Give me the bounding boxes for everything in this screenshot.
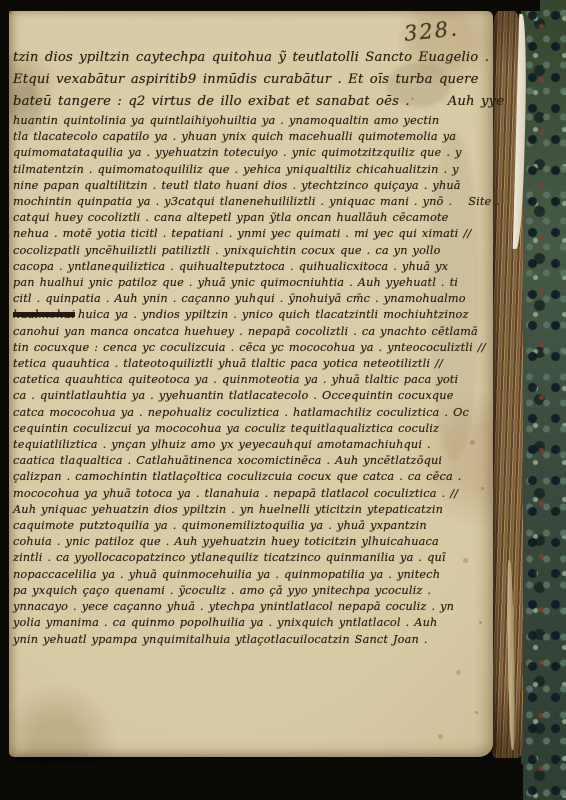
text-line: tetica quauhtica . tlateotoquiliztli yhu… [13,356,475,372]
text-line: catqui huey cocoliztli . cana altepetl y… [13,210,475,226]
text-line: pa yxquich çaço quenami . ỹcoculiz . amo… [13,583,475,599]
manuscript-text-block: tzin dios ypiltzin caytechpa quitohua ỹ … [13,47,475,648]
manuscript-page: 328. tzin dios ypiltzin caytechpa quitoh… [9,11,493,757]
text-line: tilmatentzin . quimomatoquililiz que . y… [13,162,475,178]
text-line: yolia ymanima . ca quinmo popolhuilia ya… [13,615,475,631]
text-line: nehua . motē yotia ticitl . tepatiani . … [13,226,475,242]
text-line: tla tlacatecolo capatilo ya . yhuan ynix… [13,129,475,145]
text-line-latin: bateū tangere : q2 virtus de illo exibat… [13,91,475,113]
text-line: huantin quintolinia ya quintlaihiyohuilt… [13,113,475,129]
text-line: ynnacayo . yece caçanno yhuā . ytechpa y… [13,599,475,615]
foxing-spots [9,11,12,14]
text-line: tin cocuxque : cenca yc coculizcuia . cē… [13,340,475,356]
text-line: catetica quauhtica quiteotoca ya . quinm… [13,372,475,388]
text-line: nopaccacelilia ya . yhuā quinmocehuilia … [13,567,475,583]
text-line: canohui yan manca oncatca huehuey . nepa… [13,324,475,340]
text-line-latin: Etqui vexabātur aspiritib9 inmūdis curab… [13,69,475,91]
text-line-body: huica ya . yndios ypiltzin . ynico quich… [78,308,469,321]
text-line-body: mochintin quinpatia ya . y3catqui tlanen… [13,195,452,208]
text-line: ynin yehuatl ypampa ynquimitalhuia ytlaç… [13,632,475,648]
text-line: mochintin quinpatia ya . y3catqui tlanen… [13,194,475,210]
text-line: zintli . ca yyollocacopatzinco ytlanequi… [13,550,475,566]
text-line: ca . quintlatlauhtia ya . yyehuantin tla… [13,388,475,404]
text-line: catca mococohua ya . nepohualiz coculizt… [13,405,475,421]
text-line: tequiatliliztica . ynçan ylhuiz amo yx y… [13,437,475,453]
marbled-endpaper [521,0,566,800]
text-line: nine papan qualtilitzin . teutl tlato hu… [13,178,475,194]
struck-out-word: hualmohui [13,308,75,321]
text-line: cocolizpatli yncēhuiliztli patiliztli . … [13,243,475,259]
text-line: cequintin coculizcui ya mococohua ya coc… [13,421,475,437]
text-line: citl . quinpatia . Auh ynin . caçanno yu… [13,291,475,307]
photo-frame-top [0,0,540,11]
photo-frame-left [0,0,9,800]
margin-note: Site . [452,195,500,208]
text-line: çalizpan . camochintin tlatlaçoltica coc… [13,469,475,485]
folio-number: 328. [403,16,460,46]
text-line: hualmohuihuica ya . yndios ypiltzin . yn… [13,307,475,323]
text-line: caquimote putztoquilia ya . quimonemiliz… [13,518,475,534]
text-line: cacopa . yntlanequiliztica . quihualtepu… [13,259,475,275]
text-line: cohuia . ynic patiloz que . Auh yyehuatz… [13,534,475,550]
text-line: quimomatataquilia ya . yyehuatzin totecu… [13,145,475,161]
text-line: pan hualhui ynic patiloz que . yhuā ynic… [13,275,475,291]
text-line: Auh yniquac yehuatzin dios ypiltzin . yn… [13,502,475,518]
text-line: caatica tlaqualtica . Catlahuātinenca xo… [13,453,475,469]
text-line: mococohua ya yhuā totoca ya . tlanahuia … [13,486,475,502]
text-line: tzin dios ypiltzin caytechpa quitohua ỹ … [13,47,475,69]
photo-frame-bottom [0,757,523,800]
